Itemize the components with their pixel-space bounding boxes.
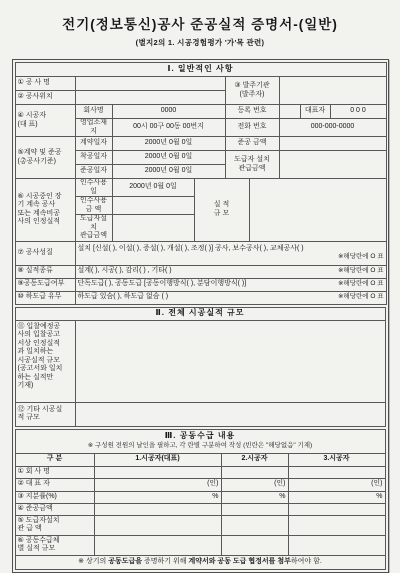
gov-supply-field bbox=[279, 151, 386, 179]
location-label: ② 공사위치 bbox=[15, 91, 75, 105]
document-page: 전기(정보통신)공사 준공실적 증명서-(일반) (별지2의 1. 시공경험평가… bbox=[0, 0, 400, 573]
joint-company-2 bbox=[221, 466, 288, 478]
contract-completion-label: ⑤계약 및 준공 (총공사기준) bbox=[15, 137, 75, 179]
joint-scale-1 bbox=[94, 535, 221, 555]
takeover-date-label: 인수사용일 bbox=[75, 179, 112, 197]
joint-scale-label: ⑥ 공동수급체 별 실적 규모 bbox=[15, 535, 94, 555]
joint-contract-label: ⑨공동도급여부 bbox=[15, 278, 75, 291]
company-label: 회사명 bbox=[75, 105, 112, 119]
form-frame: Ⅰ. 일반적인 사항 ① 공 사 명 ③ 발주기관 (발주자) ② 공사위치 ④… bbox=[12, 59, 389, 573]
work-nature-options: 설치 [신설( ), 이설( ), 증설( ), 개설( ), 조정( )] 공… bbox=[78, 245, 384, 254]
joint-amount-label: ④ 준공금액 bbox=[15, 503, 94, 515]
joint-contract-line: 단독도급( ), 공동도급 [공동이행방식( ), 분담이행방식( )] ※해당… bbox=[78, 280, 384, 289]
attachment-note-p2: 증명하기 위해 bbox=[142, 558, 188, 565]
joint-amount-3 bbox=[288, 503, 385, 515]
other-record-field bbox=[75, 402, 385, 426]
doc-subtitle: (별지2의 1. 시공경험평가 '가'목 관련) bbox=[0, 37, 400, 48]
takeover-amount-label: 인수사용 금 액 bbox=[75, 197, 112, 215]
joint-company-3 bbox=[288, 466, 385, 478]
doc-title: 전기(정보통신)공사 준공실적 증명서-(일반) bbox=[0, 0, 400, 33]
joint-gov-1 bbox=[94, 515, 221, 535]
orderer-label: ③ 발주기관 (발주자) bbox=[225, 77, 279, 105]
joint-share-2: % bbox=[221, 491, 288, 503]
gov-supply-label: 도급자 설치 관급금액 bbox=[225, 151, 279, 179]
company-field: 0000 bbox=[112, 105, 225, 119]
col-header-contractor2: 2.시공자 bbox=[221, 453, 288, 466]
completion-amount-field bbox=[279, 137, 386, 151]
section3-table: Ⅲ. 공동수급 내용 ※ 구성원 전원의 날인을 필하고, 각 란별 구분하여 … bbox=[15, 429, 386, 570]
joint-ceo-3: (인) bbox=[288, 478, 385, 491]
joint-gov-label: ⑤ 도급자설치 관 급 액 bbox=[15, 515, 94, 535]
mark-note-2: ※해당란에 O 표 bbox=[338, 267, 384, 276]
work-nature-label: ⑦ 공사성질 bbox=[15, 241, 75, 265]
contract-date-field: 2000년 0월 0일 bbox=[112, 137, 225, 151]
takeover-date-field: 2000년 0월 0일 bbox=[112, 179, 194, 197]
section2-header: Ⅱ. 전체 시공실적 규모 bbox=[15, 307, 385, 320]
joint-scale-3 bbox=[288, 535, 385, 555]
ongoing-work-label: ⑥ 시공중인 장 기 계속 공사 또는 계속비공 사의 인정실적 bbox=[15, 179, 75, 242]
other-record-label: ⑫ 기타 시공실 적 규모 bbox=[15, 402, 75, 426]
bid-match-field bbox=[75, 320, 385, 402]
joint-share-label: ③ 지분률(%) bbox=[15, 491, 94, 503]
joint-gov-3 bbox=[288, 515, 385, 535]
section1-header: Ⅰ. 일반적인 사항 bbox=[15, 63, 386, 77]
tel-label: 전화 번호 bbox=[225, 119, 279, 137]
joint-contract-field: 단독도급( ), 공동도급 [공동이행방식( ), 분담이행방식( )] ※해당… bbox=[75, 278, 386, 291]
joint-gov-2 bbox=[221, 515, 288, 535]
attachment-note-b1: 공동도급을 bbox=[108, 558, 142, 565]
record-type-label: ⑧ 실적종류 bbox=[15, 265, 75, 278]
address-label: 영업소재지 bbox=[75, 119, 112, 137]
record-type-field: 설계( ), 시공( ), 감리( ) , 기타( ) ※해당란에 O 표 bbox=[75, 265, 386, 278]
orderer-field bbox=[279, 77, 386, 105]
mark-note-3: ※해당란에 O 표 bbox=[338, 280, 384, 289]
takeover-gov-field bbox=[112, 215, 194, 242]
col-header-contractor3: 3.시공자 bbox=[288, 453, 385, 466]
location-field bbox=[75, 91, 225, 105]
joint-company-label: ① 회 사 명 bbox=[15, 466, 94, 478]
ceo-label: 대표자 bbox=[300, 105, 330, 119]
record-type-line: 설계( ), 시공( ), 감리( ) , 기타( ) ※해당란에 O 표 bbox=[78, 267, 384, 276]
joint-company-1 bbox=[94, 466, 221, 478]
subcontract-line: 하도급 있슴( ), 하도급 없슴 ( ) ※해당란에 O 표 bbox=[78, 293, 384, 302]
end-date-label: 준공일자 bbox=[75, 165, 112, 179]
section3-header-cell: Ⅲ. 공동수급 내용 ※ 구성원 전원의 날인을 필하고, 각 란별 구분하여 … bbox=[15, 429, 385, 453]
attachment-note-p1: ※ 상기의 bbox=[78, 558, 108, 565]
joint-amount-1 bbox=[94, 503, 221, 515]
start-date-field: 2000년 0월 0일 bbox=[112, 151, 225, 165]
subcontract-label: ⑩ 하도급 유무 bbox=[15, 291, 75, 304]
regno-label: 등록 번호 bbox=[225, 105, 279, 119]
record-type-options: 설계( ), 시공( ), 감리( ) , 기타( ) bbox=[78, 267, 172, 276]
attachment-note-b2: 계약서와 공동 도급 협정서를 첨부 bbox=[188, 558, 290, 565]
scale-field bbox=[249, 179, 386, 242]
section3-header: Ⅲ. 공동수급 내용 bbox=[18, 432, 383, 441]
attachment-note: ※ 상기의 공동도급을 증명하기 위해 계약서와 공동 도급 협정서를 첨부하여… bbox=[15, 555, 385, 569]
subcontract-options: 하도급 있슴( ), 하도급 없슴 ( ) bbox=[78, 293, 169, 302]
bid-match-label: ⑪ 입찰예정공 사의 입찰공고 서상 인정실적 과 일치하는 시공실적 규모 (… bbox=[15, 320, 75, 402]
address-field: 00시 00구 00동 00번지 bbox=[112, 119, 225, 137]
joint-amount-2 bbox=[221, 503, 288, 515]
scale-label: 실 적 규 모 bbox=[194, 179, 249, 242]
work-name-field bbox=[75, 77, 225, 91]
takeover-amount-field bbox=[112, 197, 194, 215]
tel-field: 000-000-0000 bbox=[279, 119, 386, 137]
mark-note-4: ※해당란에 O 표 bbox=[338, 293, 384, 302]
joint-contract-options: 단독도급( ), 공동도급 [공동이행방식( ), 분담이행방식( )] bbox=[78, 280, 247, 289]
work-nature-field: 설치 [신설( ), 이설( ), 증설( ), 개설( ), 조정( )] 공… bbox=[75, 241, 386, 265]
end-date-field: 2000년 0월 0일 bbox=[112, 165, 225, 179]
regno-field bbox=[279, 105, 300, 119]
attachment-note-p3: 하여야 함. bbox=[291, 558, 322, 565]
ceo-field: 0 0 0 bbox=[330, 105, 386, 119]
col-header-contractor1: 1.시공자(대표) bbox=[94, 453, 221, 466]
joint-ceo-label: ② 대 표 자 bbox=[15, 478, 94, 491]
contract-date-label: 계약일자 bbox=[75, 137, 112, 151]
joint-ceo-2: (인) bbox=[221, 478, 288, 491]
start-date-label: 착공일자 bbox=[75, 151, 112, 165]
mark-note-1: ※해당란에 O 표 bbox=[78, 253, 384, 262]
contractor-label: ④ 시공자 (대 표) bbox=[15, 105, 75, 137]
section2-table: Ⅱ. 전체 시공실적 규모 ⑪ 입찰예정공 사의 입찰공고 서상 인정실적 과 … bbox=[15, 307, 386, 427]
col-header-category: 구 분 bbox=[15, 453, 94, 466]
joint-share-3: % bbox=[288, 491, 385, 503]
joint-ceo-1: (인) bbox=[94, 478, 221, 491]
work-name-label: ① 공 사 명 bbox=[15, 77, 75, 91]
joint-share-1: % bbox=[94, 491, 221, 503]
completion-amount-label: 준공 금액 bbox=[225, 137, 279, 151]
joint-scale-2 bbox=[221, 535, 288, 555]
section3-note: ※ 구성원 전원의 날인을 필하고, 각 란별 구분하여 작성 (빈란은 "해당… bbox=[18, 442, 383, 451]
takeover-gov-label: 도급자설치 관급금액 bbox=[75, 215, 112, 242]
section1-table: Ⅰ. 일반적인 사항 ① 공 사 명 ③ 발주기관 (발주자) ② 공사위치 ④… bbox=[15, 62, 387, 305]
subcontract-field: 하도급 있슴( ), 하도급 없슴 ( ) ※해당란에 O 표 bbox=[75, 291, 386, 304]
